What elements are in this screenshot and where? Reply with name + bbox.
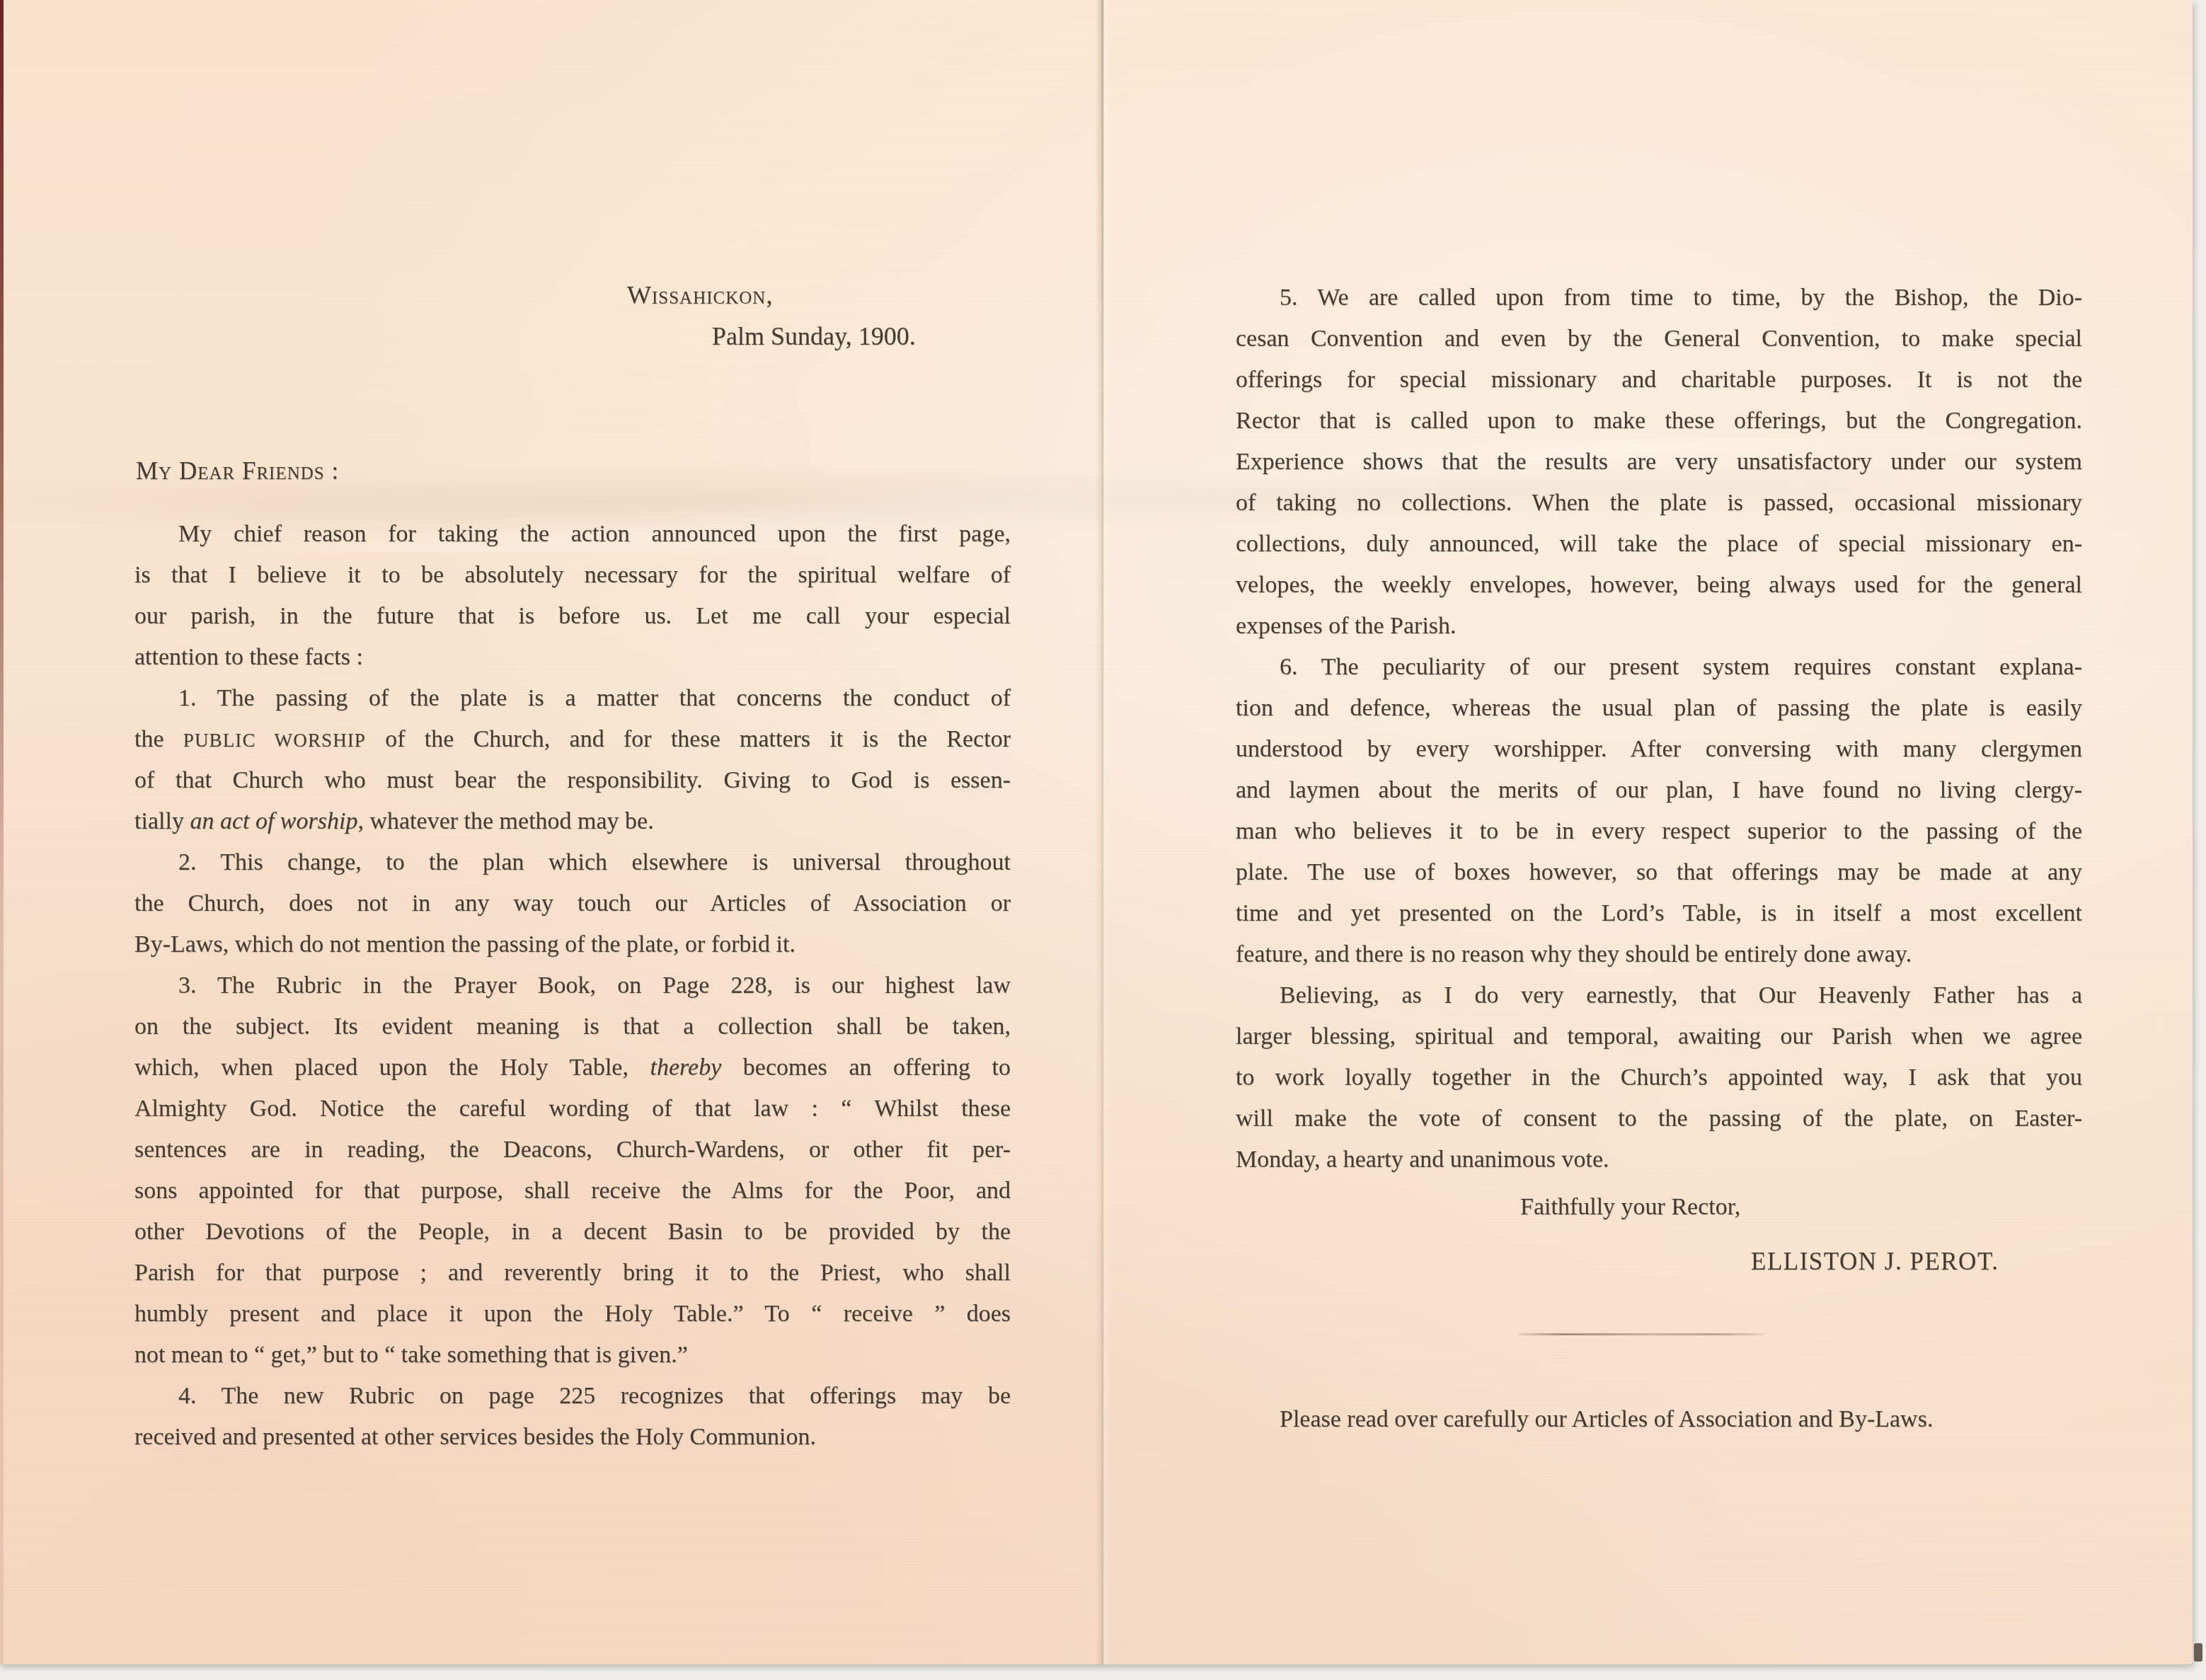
text-line: cesan Convention and even by the General… <box>1236 318 2082 359</box>
text-line: 5. We are called upon from time to time,… <box>1236 277 2082 318</box>
divider-rule <box>1519 1333 1765 1335</box>
text-line: Almighty God. Notice the careful wording… <box>134 1088 1011 1129</box>
text-line: man who believes it to be in every respe… <box>1236 811 2082 852</box>
text-line: will make the vote of consent to the pas… <box>1236 1098 2082 1139</box>
text-line: Rector that is called upon to make these… <box>1236 401 2082 442</box>
text-line: on the subject. Its evident meaning is t… <box>134 1006 1011 1047</box>
text-line: received and presented at other services… <box>134 1417 1011 1458</box>
text-line: of that Church who must bear the respons… <box>134 760 1011 801</box>
scan-corner-mark <box>2194 1643 2202 1662</box>
page-left: Wissahickon, Palm Sunday, 1900. My Dear … <box>134 0 1012 1664</box>
text-line: By-Laws, which do not mention the passin… <box>134 924 1011 965</box>
text-line: 2. This change, to the plan which elsewh… <box>134 842 1011 883</box>
text-line: which, when placed upon the Holy Table, … <box>134 1047 1011 1088</box>
text-line: sons appointed for that purpose, shall r… <box>134 1170 1011 1212</box>
salutation: My Dear Friends : <box>136 451 339 492</box>
text-line: the Church, does not in any way touch ou… <box>134 883 1011 924</box>
text-line: expenses of the Parish. <box>1236 606 2082 647</box>
paragraph: 4. The new Rubric on page 225 recognizes… <box>134 1376 1011 1458</box>
text-line: Believing, as I do very earnestly, that … <box>1236 975 2082 1016</box>
paragraph: Believing, as I do very earnestly, that … <box>1236 975 2082 1180</box>
paper-left-edge <box>0 0 4 1664</box>
scan-background: { "letter": { "place": "Wissahickon,", "… <box>0 0 2206 1680</box>
left-column-body: My chief reason for taking the action an… <box>134 514 1011 1458</box>
text-line: sentences are in reading, the Deacons, C… <box>134 1129 1011 1170</box>
paragraph: 2. This change, to the plan which elsewh… <box>134 842 1011 965</box>
text-line: feature, and there is no reason why they… <box>1236 934 2082 975</box>
text-line: other Devotions of the People, in a dece… <box>134 1212 1011 1253</box>
date-line: Palm Sunday, 1900. <box>712 316 1012 357</box>
paragraph: 3. The Rubric in the Prayer Book, on Pag… <box>134 965 1011 1376</box>
text-line: 1. The passing of the plate is a matter … <box>134 678 1011 719</box>
paragraph: 5. We are called upon from time to time,… <box>1236 277 2082 647</box>
center-fold-crease <box>1096 0 1110 1664</box>
text-line: humbly present and place it upon the Hol… <box>134 1294 1011 1335</box>
text-line: the public worship of the Church, and fo… <box>134 719 1011 760</box>
text-line: time and yet presented on the Lord’s Tab… <box>1236 893 2082 934</box>
text-line: Experience shows that the results are ve… <box>1236 442 2082 483</box>
paragraph: 1. The passing of the plate is a matter … <box>134 678 1011 842</box>
text-line: to work loyally together in the Church’s… <box>1236 1057 2082 1098</box>
letter-paper: Wissahickon, Palm Sunday, 1900. My Dear … <box>0 0 2193 1664</box>
dateline: Wissahickon, Palm Sunday, 1900. <box>134 275 1012 357</box>
text-line: attention to these facts : <box>134 637 1011 678</box>
text-line: tion and defence, whereas the usual plan… <box>1236 688 2082 729</box>
text-line: of taking no collections. When the plate… <box>1236 483 2082 524</box>
paragraph: My chief reason for taking the action an… <box>134 514 1011 678</box>
valediction: Faithfully your Rector, <box>1520 1187 1740 1228</box>
text-line: 4. The new Rubric on page 225 recognizes… <box>134 1376 1011 1417</box>
text-line: My chief reason for taking the action an… <box>134 514 1011 555</box>
page-right: 5. We are called upon from time to time,… <box>1236 0 2082 1664</box>
text-line: Monday, a hearty and unanimous vote. <box>1236 1139 2082 1180</box>
text-line: tially an act of worship, whatever the m… <box>134 801 1011 842</box>
text-line: and laymen about the merits of our plan,… <box>1236 770 2082 811</box>
text-line: not mean to “ get,” but to “ take someth… <box>134 1335 1011 1376</box>
text-line: offerings for special missionary and cha… <box>1236 359 2082 401</box>
text-line: 3. The Rubric in the Prayer Book, on Pag… <box>134 965 1011 1006</box>
text-line: collections, duly announced, will take t… <box>1236 524 2082 565</box>
text-line: Parish for that purpose ; and reverently… <box>134 1253 1011 1294</box>
signature: ELLISTON J. PEROT. <box>1751 1241 1999 1282</box>
right-column-body: 5. We are called upon from time to time,… <box>1236 277 2082 1180</box>
text-line: our parish, in the future that is before… <box>134 596 1011 637</box>
text-line: understood by every worshipper. After co… <box>1236 729 2082 770</box>
text-line: plate. The use of boxes however, so that… <box>1236 852 2082 893</box>
place-line: Wissahickon, <box>627 275 1012 316</box>
text-line: larger blessing, spiritual and temporal,… <box>1236 1016 2082 1057</box>
text-line: 6. The peculiarity of our present system… <box>1236 647 2082 688</box>
text-line: is that I believe it to be absolutely ne… <box>134 555 1011 596</box>
paragraph: 6. The peculiarity of our present system… <box>1236 647 2082 975</box>
postscript: Please read over carefully our Articles … <box>1280 1399 1933 1440</box>
text-line: velopes, the weekly envelopes, however, … <box>1236 565 2082 606</box>
